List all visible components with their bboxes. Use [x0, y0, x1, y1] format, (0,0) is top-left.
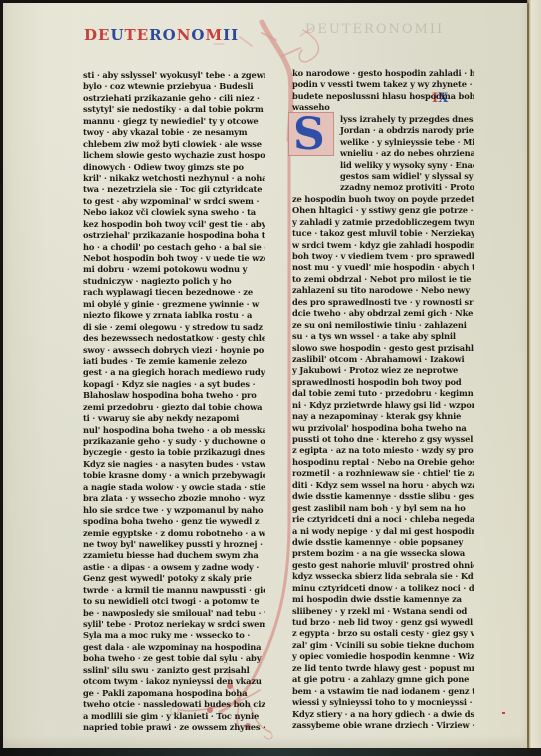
- text-line: zzamietu biesse had duchem swym zha: [83, 550, 265, 561]
- text-line: y Jakubowi · Protoz wiez ze neprotwe: [292, 365, 474, 376]
- text-line: rozmetil · a rozhniewaw sie · chtiel' ti…: [292, 468, 474, 479]
- text-line: otcom twym · iakoz nynieyssi den vkazu: [83, 676, 265, 687]
- text-line: gest zaslibil nam boh · y byl sem na ho: [292, 503, 474, 514]
- text-line: nay a nezapominay · kterak gsy khnie: [292, 411, 474, 422]
- text-line: Genz gest wywedl' potoky z skaly prie: [83, 573, 265, 584]
- text-line: zemi przedobru · giezto dal tobie chowa: [83, 402, 265, 413]
- text-line: welike · y sylnieyssie tebe · Miesta: [292, 137, 474, 148]
- text-line: bylo · coz wtewnie prziebyua · Budesli: [83, 81, 265, 92]
- text-line: wasseho: [292, 102, 474, 113]
- text-line: rie cztyridceti dni a noci · chleba nege…: [292, 514, 474, 525]
- text-line: Blahoslaw hospodina boha tweho · pro: [83, 390, 265, 401]
- text-line: iati budes · Te zemie kamenie zelezo: [83, 356, 265, 367]
- right-text-column: ko narodowe · gesto hospodin zahladi · h…: [292, 68, 474, 731]
- text-line: budete neposlussni hlasu hospodina boha: [292, 91, 474, 102]
- text-line: wu przivolal' hospodina boha tweho na: [292, 423, 474, 434]
- bottom-background-strip: [0, 748, 541, 756]
- text-line: twrde · a krmil tie mannu nawpussti · gi…: [83, 585, 265, 596]
- text-line: zal' gim · Vcinili su sobie tiekne ducho…: [292, 640, 474, 651]
- running-title-segment: R: [149, 26, 162, 44]
- text-line: hospodinu reptal · Nebo na Orebie gehos: [292, 457, 474, 468]
- text-line: nost mu · y vuedl' mie hospodin · abych …: [292, 262, 474, 273]
- text-line: kdyz wssecka sbierz lida sebrala sie · K…: [292, 571, 474, 582]
- text-line: be · nawposledy sie smiloual' nad tebu ·…: [83, 608, 265, 619]
- text-line: bem · a vstawim tie nad iodanem · genz t…: [292, 686, 474, 697]
- text-line: a ni wody nepige · y dal mi gest hospodi…: [292, 526, 474, 537]
- text-line: slowo swe hospodin · gesto gest przisahl: [292, 343, 474, 354]
- text-line: tud brzo · neb lid twoy · genz gsi wywed…: [292, 617, 474, 628]
- running-title-segment: M: [206, 26, 224, 44]
- text-line: lyss izrahely ty przegdes dnes ·: [292, 114, 474, 125]
- text-line: wnieliu · az do nebes ohrziena · l: [292, 148, 474, 159]
- text-line: Nebo iakoz vči clowiek syna sweho · ta: [83, 207, 265, 218]
- text-line: w srdci twem · kdyz gie zahladi hospodin: [292, 240, 474, 251]
- left-text-column: sti · aby sslyssel' wyokusyl' tebe · a z…: [83, 70, 265, 733]
- text-line: di sie · zemi olegowu · y stredow tu sad…: [83, 322, 265, 333]
- text-line: sslinl' silu swu · zanizto gest przisahl: [83, 665, 265, 676]
- text-line: nul' hospodina boha tweho · a ob messkal: [83, 425, 265, 436]
- text-line: Ohen hltagici · y sstiwy genz gie potrze…: [292, 205, 474, 216]
- text-line: tobie krasne domy · a wnich przebywagie …: [83, 470, 265, 481]
- running-title-segment: E: [137, 26, 149, 44]
- text-line: studniczyw · nagiezto polich y ho: [83, 276, 265, 287]
- text-line: tuce · takoz gest mluvil tobie · Nerziek…: [292, 228, 474, 239]
- text-line: chlebem ziw mož byti clowiek · ale wsse: [83, 139, 265, 150]
- text-line: ko narodowe · gesto hospodin zahladi · h…: [292, 68, 474, 79]
- text-line: y zahladi y zatmie przedobliczegem twym: [292, 217, 474, 228]
- text-line: zemie egyptske · z domu robotneho · a wo…: [83, 528, 265, 539]
- text-line: z egypta · brzo su ostali cesty · giez g…: [292, 628, 474, 639]
- text-line: mi hospodin dwie dsstie kamennye za: [292, 594, 474, 605]
- text-line: tweho otcie · nassledowati budes boh ciz: [83, 699, 265, 710]
- running-title-segment: O: [163, 26, 177, 44]
- text-line: byczegie · gesto ia tobie przikazugi dne…: [83, 447, 265, 458]
- text-line: Nebot hospodin boh twoy · v uede tie wze: [83, 253, 265, 264]
- text-line: boha tweho · ze gest tobie dal sylu · ab…: [83, 653, 265, 664]
- text-line: lichem slowie gesto wychazie zust hospo: [83, 150, 265, 161]
- text-line: des pro sprawedlnosti tve · y rownosti s…: [292, 297, 474, 308]
- text-line: mannu · giegz ty newiediel' ty y otcowe: [83, 116, 265, 127]
- text-line: zassybeme obie wrane drziech · Virziew ·: [292, 720, 474, 731]
- text-line: pussti ot toho dne · ktereho z gsy wysse…: [292, 434, 474, 445]
- text-line: Kdyz stiery · a na hory gdiech · a dwie …: [292, 709, 474, 720]
- text-line: mi obylé y ginie · grezmene ywinnie · w: [83, 299, 265, 310]
- text-line: to zemi obdrzal · Nebot pro milost ie ti…: [292, 274, 474, 285]
- text-line: ho · a chodil' po cestach geho · a bal s…: [83, 242, 265, 253]
- text-line: lid weliky y wysoky syny · Enachymowi: [292, 160, 474, 171]
- book-spine-edge: [527, 0, 541, 756]
- text-line: bra zlata · y wssecho zbozie mnoho · wyz…: [83, 493, 265, 504]
- running-title-segment: N: [177, 26, 192, 44]
- text-line: sprawedlnosti hospodin boh twoy pod: [292, 377, 474, 388]
- text-line: sliibeney · y rzekl mi · Wstana sendi od: [292, 606, 474, 617]
- text-line: ostrziehal' przikazanie hospodina boha t…: [83, 230, 265, 241]
- running-title-segment: U: [110, 26, 124, 44]
- text-line: zaslibil' otcom · Abrahamowi · Izakowi: [292, 354, 474, 365]
- text-line: sti · aby sslyssel' wyokusyl' tebe · a z…: [83, 70, 265, 81]
- running-title: DEUTERONOMII: [84, 26, 239, 44]
- text-line: twa · nezetrziela sie · Toc gii cztyridc…: [83, 184, 265, 195]
- text-line: dinowych · Odiew twoy gimzs ste po: [83, 162, 265, 173]
- text-line: kopagi · Kdyz sie nagies · a syt budes ·: [83, 379, 265, 390]
- text-line: minu cztyridceti dnow · a tolikez noci ·…: [292, 583, 474, 594]
- text-line: y opiec vomiedie hospodin kenmne · Wizy: [292, 651, 474, 662]
- text-line: des bezewssech nedostatkow · gesty chleb: [83, 333, 265, 344]
- text-line: kez hospodin boh twoy vcil' gest tie · a…: [83, 219, 265, 230]
- text-line: zzadny nemoz protiviti · Protoz wyvies d…: [292, 182, 474, 193]
- running-title-segment: II: [223, 26, 239, 44]
- text-line: su · a tys wn wssel · a take aby splnil: [292, 331, 474, 342]
- text-line: prstem bozim · a na gie wssecka slowa: [292, 548, 474, 559]
- text-line: rach wyplawagi tiecen bezednowe · ze: [83, 287, 265, 298]
- running-title-segment: O: [191, 26, 205, 44]
- text-line: gest · a na giegich horach mediewo rudy: [83, 367, 265, 378]
- text-line: ti · vwaruy sie aby nekdy nezapomi: [83, 413, 265, 424]
- text-line: przikazanie geho · y sudy · y duchowne o: [83, 436, 265, 447]
- text-line: z egipta · az na toto miesto · wzdy sy p…: [292, 445, 474, 456]
- text-line: dwie dsstie kamennye · dsstie slibu · ge…: [292, 491, 474, 502]
- text-line: twoy · aby vkazal tobie · ze nesamym: [83, 127, 265, 138]
- text-line: ze hospodin buoh twoy on poyde przedetbu: [292, 194, 474, 205]
- text-line: sylil' tebe · Protoz neriekay w srdci sw…: [83, 619, 265, 630]
- text-line: ge · Pakli zapomana hospodina boha: [83, 688, 265, 699]
- text-line: spodina boha tweho · genz tie wywedl z: [83, 516, 265, 527]
- text-line: ostrziehati przikazanie geho · cili niez…: [83, 93, 265, 104]
- text-line: zahlazeni su tito narodowe · Nebo newy: [292, 285, 474, 296]
- text-line: to su newidieli otci twogi · a potomw te: [83, 596, 265, 607]
- text-line: dwie dsstie kamennye · obie popsaney: [292, 537, 474, 548]
- text-line: hlo sie srdce twe · y wzpomanul by naho: [83, 505, 265, 516]
- text-line: astie · a dipas · a owsem y zadne wody ·: [83, 562, 265, 573]
- text-line: ze lid tento twrde hlawy gest · popust m…: [292, 663, 474, 674]
- text-line: dcie tweho · aby obdrzal zemi gich · Nke: [292, 308, 474, 319]
- text-line: ne twoy byl' nawelikey pussti y hroznej …: [83, 539, 265, 550]
- text-line: wiessi y sylnieyssi toho to y mocnieyssi…: [292, 697, 474, 708]
- running-title-segment: T: [125, 26, 137, 44]
- running-title-segment: DE: [84, 26, 110, 44]
- text-line: swoy · awssech dobrych viezi · hoynie po: [83, 345, 265, 356]
- text-line: Kdyz sie nagies · a nasyten budes · vsta…: [83, 459, 265, 470]
- show-through-title: DEUTERONOMII: [305, 22, 444, 37]
- text-line: Jordan · a obdrzis narody prie: [292, 125, 474, 136]
- text-line: gestos sam widiel' y slyssal sy · ze sie…: [292, 171, 474, 182]
- text-line: mi dobru · wzemi potokowu wodnu y: [83, 264, 265, 275]
- text-line: boh twoy · v viediem tvem · pro sprawedl: [292, 251, 474, 262]
- text-line: podin v vessti twem takez y wy zhynete ·…: [292, 79, 474, 90]
- text-line: niezto fikowe y zrnata iablka rostu · a: [83, 310, 265, 321]
- text-line: diti · Kdyz sem wssel na horu · abych wz…: [292, 480, 474, 491]
- text-line: at gie potru · a zahlazy gmne gich pone: [292, 674, 474, 685]
- text-line: to gest · aby wzpominal' w srdci swem ·: [83, 196, 265, 207]
- text-line: napried tobie prawi · ze owssem zhynes ·…: [83, 722, 265, 733]
- margin-red-mark: [502, 712, 505, 714]
- text-line: ni · Kdyz przietwrde hlawy gsi lid · wzp…: [292, 400, 474, 411]
- text-line: a modlili sie gim · y klanieti · Toc nyn…: [83, 711, 265, 722]
- text-line: ze su oni nemilostiwie tiniu · zahlazeni: [292, 320, 474, 331]
- text-line: dal tobie zemi tuto · przedobru · kegimn…: [292, 388, 474, 399]
- text-line: sstytyl' sie nedostiky · a dal tobie pok…: [83, 104, 265, 115]
- text-line: kril' · nikakz wetchosti nezhynul · a no…: [83, 173, 265, 184]
- text-line: gesto gest nahorie mluvil' prostred ohni…: [292, 560, 474, 571]
- text-line: a nagie stada wolow · y owcie stada · st…: [83, 482, 265, 493]
- text-line: gest dala · ale wzpominay na hospodina: [83, 642, 265, 653]
- text-line: Syla ma a moc ruky me · wssecko to ·: [83, 630, 265, 641]
